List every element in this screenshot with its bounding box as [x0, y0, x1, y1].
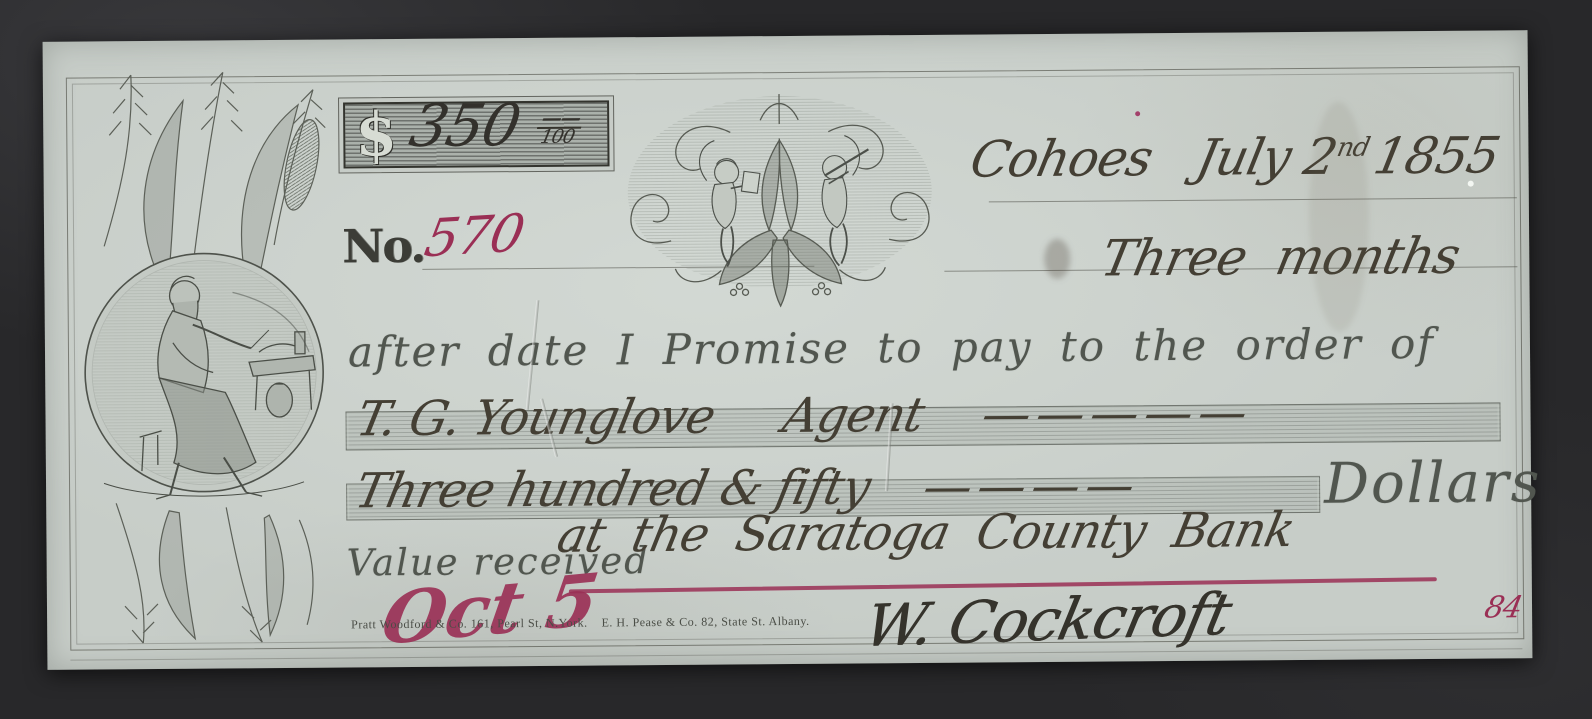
amount-box-hatch: $ 350 —— 100	[343, 100, 610, 168]
center-vignette-engraving	[610, 79, 950, 314]
amount-box: $ 350 —— 100	[338, 95, 615, 173]
payee-title: Agent	[778, 387, 928, 444]
cents-fraction: —— 100	[533, 109, 585, 147]
bottom-double-rule	[70, 648, 1522, 660]
red-speck	[1135, 111, 1140, 116]
seated-scholar-engraving	[71, 60, 340, 650]
paper-speck	[1468, 181, 1474, 187]
dateline-year: 1855	[1369, 126, 1504, 185]
payee-handwritten: T. G. YoungloveAgent—————	[352, 384, 1259, 447]
promissory-note-paper: $ 350 —— 100 No. 570	[43, 30, 1533, 670]
promise-printed-line: after date I Promise to pay to the order…	[348, 319, 1435, 377]
bank-handwritten: at the Saratoga County Bank	[553, 502, 1299, 564]
left-vignette-engraving	[71, 60, 340, 650]
maker-signature: W. Cockcroft	[859, 580, 1237, 660]
ink-smudge	[1044, 239, 1070, 279]
dollars-printed-label: Dollars	[1324, 450, 1542, 517]
payee-dash: —————	[977, 384, 1258, 442]
dateline-place: Cohoes	[966, 129, 1158, 189]
serial-value-handwritten: 570	[420, 204, 529, 270]
corner-mark: 84	[1481, 590, 1524, 625]
amount-numeric-handwritten: 350	[404, 91, 526, 160]
cherubs-cartouche-engraving	[610, 79, 950, 314]
serial-label: No.	[342, 219, 424, 274]
dollar-sign: $	[355, 100, 397, 170]
scan-background: { "page": { "background_color": "#28282a…	[0, 0, 1592, 719]
dateline-handwritten: CohoesJuly 2nd1855	[966, 126, 1505, 188]
term-handwritten: Three months	[1096, 227, 1464, 288]
cents-denominator: 100	[539, 129, 576, 146]
payee-name: T. G. Younglove	[352, 389, 720, 448]
